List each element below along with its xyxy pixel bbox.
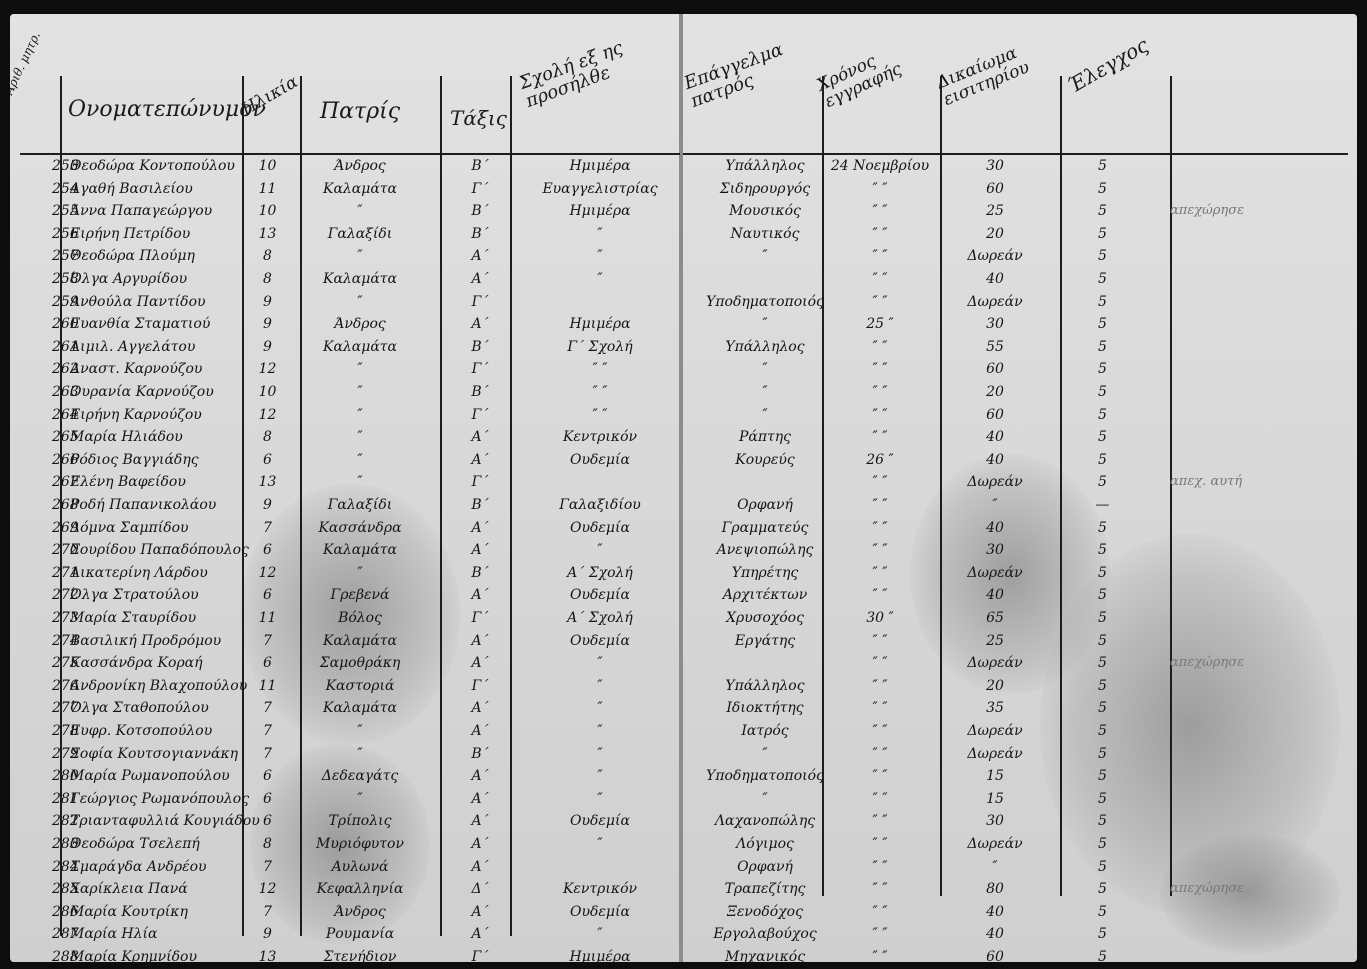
origin: Στενήδιον xyxy=(300,949,420,962)
class: Α΄ xyxy=(450,429,510,445)
previous-school: ″ xyxy=(510,723,690,739)
header-rule xyxy=(20,153,680,155)
origin: Καστοριά xyxy=(300,678,420,694)
margin-note: απεχ. αυτή xyxy=(1170,474,1340,489)
father-occupation: ″ xyxy=(690,316,840,332)
payment: 5 xyxy=(1075,271,1130,287)
table-row: 280Μαρία Ρωμανοπούλου6ΔεδεαγάτςΑ΄″Υποδημ… xyxy=(10,768,1357,788)
age: 11 xyxy=(245,181,290,197)
payment: 5 xyxy=(1075,678,1130,694)
header-name: Ονοματεπώνυμον xyxy=(68,98,266,121)
father-occupation: Ναυτικός xyxy=(690,226,840,242)
payment: — xyxy=(1075,497,1130,513)
student-name: Σοφία Κουτσογιαννάκη xyxy=(70,746,270,762)
enrollment-date: ″ ″ xyxy=(825,248,935,264)
student-name: Θεοδώρα Πλούμη xyxy=(70,248,270,264)
tuition-fee: 55 xyxy=(945,339,1045,355)
class: Α΄ xyxy=(450,700,510,716)
age: 7 xyxy=(245,700,290,716)
enrollment-date: ″ ″ xyxy=(825,429,935,445)
enrollment-date: ″ ″ xyxy=(825,813,935,829)
student-name: Μαρία Κουτρίκη xyxy=(70,904,270,920)
payment: 5 xyxy=(1075,542,1130,558)
enrollment-date: ″ ″ xyxy=(825,791,935,807)
enrollment-date: 26 ″ xyxy=(825,452,935,468)
header-rule xyxy=(683,153,1348,155)
payment: 5 xyxy=(1075,226,1130,242)
class: Α΄ xyxy=(450,859,510,875)
origin: Άνδρος xyxy=(300,316,420,332)
student-name: Χαρίκλεια Πανά xyxy=(70,881,270,897)
father-occupation: Αρχιτέκτων xyxy=(690,587,840,603)
father-occupation: Εργάτης xyxy=(690,633,840,649)
origin: Δεδεαγάτς xyxy=(300,768,420,784)
margin-note: απεχώρησε xyxy=(1170,203,1340,218)
class: Α΄ xyxy=(450,316,510,332)
tuition-fee: Δωρεάν xyxy=(945,723,1045,739)
student-name: Σμαράγδα Ανδρέου xyxy=(70,859,270,875)
class: Β΄ xyxy=(450,746,510,762)
father-occupation: ″ xyxy=(690,248,840,264)
payment: 5 xyxy=(1075,248,1130,264)
student-name: Ροδή Παπανικολάου xyxy=(70,497,270,513)
payment: 5 xyxy=(1075,361,1130,377)
age: 11 xyxy=(245,610,290,626)
margin-note: απεχώρησε xyxy=(1170,881,1340,896)
enrollment-date: ″ ″ xyxy=(825,203,935,219)
table-row: 281Γεώργιος Ρωμανόπουλος6″Α΄″″″ ″155 xyxy=(10,791,1357,811)
tuition-fee: 20 xyxy=(945,226,1045,242)
previous-school: ″ ″ xyxy=(510,407,690,423)
age: 6 xyxy=(245,813,290,829)
age: 6 xyxy=(245,791,290,807)
payment: 5 xyxy=(1075,904,1130,920)
tuition-fee: 30 xyxy=(945,316,1045,332)
student-name: Βασιλική Προδρόμου xyxy=(70,633,270,649)
previous-school: Α΄ Σχολή xyxy=(510,565,690,581)
student-name: Μαρία Κρημνίδου xyxy=(70,949,270,962)
tuition-fee: Δωρεάν xyxy=(945,248,1045,264)
payment: 5 xyxy=(1075,926,1130,942)
father-occupation: Σιδηρουργός xyxy=(690,181,840,197)
previous-school: ″ xyxy=(510,768,690,784)
origin: Σαμοθράκη xyxy=(300,655,420,671)
table-row: 269Δόμνα Σαμπίδου7ΚασσάνδραΑ΄ΟυδεμίαΓραμ… xyxy=(10,520,1357,540)
table-row: 267Ελένη Βαφείδου13″Γ΄″ ″Δωρεάν5απεχ. αυ… xyxy=(10,474,1357,494)
age: 6 xyxy=(245,655,290,671)
class: Α΄ xyxy=(450,542,510,558)
previous-school: Ημιμέρα xyxy=(510,203,690,219)
class: Β΄ xyxy=(450,226,510,242)
tuition-fee: ″ xyxy=(945,497,1045,513)
payment: 5 xyxy=(1075,859,1130,875)
enrollment-date: ″ ″ xyxy=(825,271,935,287)
table-row: 274Βασιλική Προδρόμου7ΚαλαμάταΑ΄ΟυδεμίαΕ… xyxy=(10,633,1357,653)
table-row: 279Σοφία Κουτσογιαννάκη7″Β΄″″″ ″Δωρεάν5 xyxy=(10,746,1357,766)
enrollment-date: ″ ″ xyxy=(825,633,935,649)
student-name: Αναστ. Καρνούζου xyxy=(70,361,270,377)
student-name: Όλγα Αργυρίδου xyxy=(70,271,270,287)
age: 7 xyxy=(245,904,290,920)
origin: ″ xyxy=(300,474,420,490)
tuition-fee: Δωρεάν xyxy=(945,746,1045,762)
previous-school: Γαλαξιδίου xyxy=(510,497,690,513)
student-name: Αικατερίνη Λάρδου xyxy=(70,565,270,581)
origin: ″ xyxy=(300,248,420,264)
student-name: Ουρανία Καρνούζου xyxy=(70,384,270,400)
tuition-fee: 30 xyxy=(945,542,1045,558)
father-occupation: Ορφανή xyxy=(690,497,840,513)
table-row: 285Χαρίκλεια Πανά12ΚεφαλληνίαΔ΄Κεντρικόν… xyxy=(10,881,1357,901)
enrollment-date: ″ ″ xyxy=(825,859,935,875)
class: Α΄ xyxy=(450,248,510,264)
student-name: Ανθούλα Παντίδου xyxy=(70,294,270,310)
tuition-fee: 15 xyxy=(945,768,1045,784)
father-occupation: Γραμματεύς xyxy=(690,520,840,536)
previous-school: ″ xyxy=(510,746,690,762)
table-row: 259Ανθούλα Παντίδου9″Γ΄Υποδηματοποιός″ ″… xyxy=(10,294,1357,314)
tuition-fee: 40 xyxy=(945,429,1045,445)
class: Β΄ xyxy=(450,203,510,219)
payment: 5 xyxy=(1075,836,1130,852)
origin: Γρεβενά xyxy=(300,587,420,603)
student-name: Σουρίδου Παπαδόπουλος xyxy=(70,542,270,558)
origin: ″ xyxy=(300,407,420,423)
father-occupation: Υποδηματοποιός xyxy=(690,294,840,310)
student-name: Θεοδώρα Τσελεπή xyxy=(70,836,270,852)
payment: 5 xyxy=(1075,181,1130,197)
table-row: 268Ροδή Παπανικολάου9ΓαλαξίδιΒ΄Γαλαξιδίο… xyxy=(10,497,1357,517)
age: 13 xyxy=(245,949,290,962)
class: Α΄ xyxy=(450,768,510,784)
table-row: 277Όλγα Σταθοπούλου7ΚαλαμάταΑ΄″Ιδιοκτήτη… xyxy=(10,700,1357,720)
enrollment-date: ″ ″ xyxy=(825,881,935,897)
tuition-fee: 30 xyxy=(945,158,1045,174)
father-occupation: Εργολαβούχος xyxy=(690,926,840,942)
previous-school: ″ xyxy=(510,226,690,242)
origin: ″ xyxy=(300,791,420,807)
origin: Καλαμάτα xyxy=(300,700,420,716)
table-row: 265Μαρία Ηλιάδου8″Α΄ΚεντρικόνΡάπτης″ ″40… xyxy=(10,429,1357,449)
tuition-fee: Δωρεάν xyxy=(945,836,1045,852)
payment: 5 xyxy=(1075,813,1130,829)
student-name: Κασσάνδρα Κοραή xyxy=(70,655,270,671)
class: Γ΄ xyxy=(450,949,510,962)
previous-school: Ουδεμία xyxy=(510,452,690,468)
age: 9 xyxy=(245,926,290,942)
class: Γ΄ xyxy=(450,610,510,626)
tuition-fee: 40 xyxy=(945,271,1045,287)
student-name: Γεώργιος Ρωμανόπουλος xyxy=(70,791,270,807)
father-occupation: Υπάλληλος xyxy=(690,339,840,355)
previous-school: Ημιμέρα xyxy=(510,949,690,962)
tuition-fee: 60 xyxy=(945,181,1045,197)
previous-school: ″ xyxy=(510,542,690,558)
father-occupation: ″ xyxy=(690,791,840,807)
father-occupation: Μουσικός xyxy=(690,203,840,219)
student-name: Ελένη Βαφείδου xyxy=(70,474,270,490)
origin: Καλαμάτα xyxy=(300,271,420,287)
age: 8 xyxy=(245,248,290,264)
table-row: 283Θεοδώρα Τσελεπή8ΜυριόφυτονΑ΄″Λόγιμος″… xyxy=(10,836,1357,856)
student-name: Θεοδώρα Κοντοπούλου xyxy=(70,158,270,174)
student-name: Μαρία Ρωμανοπούλου xyxy=(70,768,270,784)
father-occupation: Υπάλληλος xyxy=(690,158,840,174)
student-name: Ειρήνη Καρνούζου xyxy=(70,407,270,423)
age: 7 xyxy=(245,746,290,762)
origin: Κασσάνδρα xyxy=(300,520,420,536)
student-name: Όλγα Σταθοπούλου xyxy=(70,700,270,716)
enrollment-date: ″ ″ xyxy=(825,407,935,423)
origin: Γαλαξίδι xyxy=(300,497,420,513)
table-row: 254Αγαθή Βασιλείου11ΚαλαμάταΓ΄Ευαγγελιστ… xyxy=(10,181,1357,201)
age: 13 xyxy=(245,226,290,242)
student-name: Άννα Παπαγεώργου xyxy=(70,203,270,219)
student-name: Όλγα Στρατούλου xyxy=(70,587,270,603)
table-row: 276Ανδρονίκη Βλαχοπούλου11ΚαστοριάΓ΄″Υπά… xyxy=(10,678,1357,698)
origin: ″ xyxy=(300,565,420,581)
enrollment-date: ″ ″ xyxy=(825,746,935,762)
payment: 5 xyxy=(1075,520,1130,536)
previous-school: ″ xyxy=(510,271,690,287)
enrollment-date: ″ ″ xyxy=(825,384,935,400)
father-occupation: Ξενοδόχος xyxy=(690,904,840,920)
origin: Τρίπολις xyxy=(300,813,420,829)
previous-school: ″ xyxy=(510,836,690,852)
origin: Αυλωνά xyxy=(300,859,420,875)
tuition-fee: 60 xyxy=(945,407,1045,423)
origin: Κεφαλληνία xyxy=(300,881,420,897)
origin: ″ xyxy=(300,384,420,400)
previous-school: Κεντρικόν xyxy=(510,429,690,445)
payment: 5 xyxy=(1075,587,1130,603)
enrollment-date: ″ ″ xyxy=(825,339,935,355)
student-name: Ρόδιος Βαγγιάδης xyxy=(70,452,270,468)
payment: 5 xyxy=(1075,158,1130,174)
previous-school: Ουδεμία xyxy=(510,904,690,920)
age: 12 xyxy=(245,881,290,897)
class: Γ΄ xyxy=(450,181,510,197)
tuition-fee: 40 xyxy=(945,587,1045,603)
payment: 5 xyxy=(1075,633,1130,649)
father-occupation: Λαχανοπώλης xyxy=(690,813,840,829)
class: Α΄ xyxy=(450,813,510,829)
student-name: Ευφρ. Κοτσοπούλου xyxy=(70,723,270,739)
age: 7 xyxy=(245,633,290,649)
age: 11 xyxy=(245,678,290,694)
age: 6 xyxy=(245,542,290,558)
tuition-fee: 15 xyxy=(945,791,1045,807)
enrollment-date: ″ ″ xyxy=(825,904,935,920)
student-name: Δόμνα Σαμπίδου xyxy=(70,520,270,536)
origin: Άνδρος xyxy=(300,158,420,174)
payment: 5 xyxy=(1075,203,1130,219)
payment: 5 xyxy=(1075,700,1130,716)
origin: ″ xyxy=(300,203,420,219)
payment: 5 xyxy=(1075,407,1130,423)
tuition-fee: 25 xyxy=(945,633,1045,649)
tuition-fee: Δωρεάν xyxy=(945,474,1045,490)
class: Α΄ xyxy=(450,633,510,649)
origin: ″ xyxy=(300,294,420,310)
origin: Καλαμάτα xyxy=(300,181,420,197)
tuition-fee: Δωρεάν xyxy=(945,565,1045,581)
payment: 5 xyxy=(1075,429,1130,445)
student-name: Ευανθία Σταματιού xyxy=(70,316,270,332)
enrollment-date: ″ ″ xyxy=(825,294,935,310)
student-name: Μαρία Σταυρίδου xyxy=(70,610,270,626)
table-row: 284Σμαράγδα Ανδρέου7ΑυλωνάΑ΄Ορφανή″ ″″5 xyxy=(10,859,1357,879)
enrollment-date: ″ ″ xyxy=(825,655,935,671)
previous-school: Κεντρικόν xyxy=(510,881,690,897)
class: Α΄ xyxy=(450,452,510,468)
previous-school: ″ xyxy=(510,926,690,942)
enrollment-date: ″ ″ xyxy=(825,361,935,377)
father-occupation: Μηχανικός xyxy=(690,949,840,962)
father-occupation: Ιατρός xyxy=(690,723,840,739)
payment: 5 xyxy=(1075,452,1130,468)
previous-school: ″ ″ xyxy=(510,361,690,377)
previous-school: ″ xyxy=(510,791,690,807)
age: 10 xyxy=(245,384,290,400)
class: Α΄ xyxy=(450,904,510,920)
class: Γ΄ xyxy=(450,678,510,694)
table-row: 260Ευανθία Σταματιού9ΆνδροςΑ΄Ημιμέρα″25 … xyxy=(10,316,1357,336)
student-name: Αγαθή Βασιλείου xyxy=(70,181,270,197)
tuition-fee: 40 xyxy=(945,926,1045,942)
age: 7 xyxy=(245,520,290,536)
payment: 5 xyxy=(1075,294,1130,310)
enrollment-date: ″ ″ xyxy=(825,474,935,490)
class: Α΄ xyxy=(450,723,510,739)
tuition-fee: Δωρεάν xyxy=(945,655,1045,671)
class: Γ΄ xyxy=(450,361,510,377)
father-occupation: Κουρεύς xyxy=(690,452,840,468)
tuition-fee: ″ xyxy=(945,859,1045,875)
tuition-fee: 40 xyxy=(945,452,1045,468)
table-row: 255Άννα Παπαγεώργου10″Β΄ΗμιμέραΜουσικός″… xyxy=(10,203,1357,223)
table-row: 272Όλγα Στρατούλου6ΓρεβενάΑ΄ΟυδεμίαΑρχιτ… xyxy=(10,587,1357,607)
origin: Καλαμάτα xyxy=(300,633,420,649)
enrollment-date: ″ ″ xyxy=(825,226,935,242)
enrollment-date: 30 ″ xyxy=(825,610,935,626)
table-row: 261Αιμιλ. Αγγελάτου9ΚαλαμάταΒ΄Γ΄ ΣχολήΥπ… xyxy=(10,339,1357,359)
tuition-fee: 65 xyxy=(945,610,1045,626)
class: Γ΄ xyxy=(450,407,510,423)
payment: 5 xyxy=(1075,791,1130,807)
payment: 5 xyxy=(1075,723,1130,739)
previous-school: Ουδεμία xyxy=(510,633,690,649)
class: Α΄ xyxy=(450,520,510,536)
class: Α΄ xyxy=(450,655,510,671)
header-class: Τάξις xyxy=(450,108,507,129)
header-origin: Πατρίς xyxy=(320,100,400,123)
origin: ″ xyxy=(300,429,420,445)
previous-school: Ημιμέρα xyxy=(510,158,690,174)
table-row: 258Όλγα Αργυρίδου8ΚαλαμάταΑ΄″″ ″405 xyxy=(10,271,1357,291)
enrollment-date: ″ ″ xyxy=(825,700,935,716)
student-name: Αιμιλ. Αγγελάτου xyxy=(70,339,270,355)
origin: Άνδρος xyxy=(300,904,420,920)
origin: Καλαμάτα xyxy=(300,339,420,355)
origin: Ρουμανία xyxy=(300,926,420,942)
table-row: 278Ευφρ. Κοτσοπούλου7″Α΄″Ιατρός″ ″Δωρεάν… xyxy=(10,723,1357,743)
class: Β΄ xyxy=(450,158,510,174)
table-row: 264Ειρήνη Καρνούζου12″Γ΄″ ″″″ ″605 xyxy=(10,407,1357,427)
class: Γ΄ xyxy=(450,474,510,490)
tuition-fee: 80 xyxy=(945,881,1045,897)
payment: 5 xyxy=(1075,339,1130,355)
enrollment-date: ″ ″ xyxy=(825,542,935,558)
age: 8 xyxy=(245,429,290,445)
class: Β΄ xyxy=(450,497,510,513)
payment: 5 xyxy=(1075,474,1130,490)
student-name: Μαρία Ηλία xyxy=(70,926,270,942)
table-row: 263Ουρανία Καρνούζου10″Β΄″ ″″″ ″205 xyxy=(10,384,1357,404)
father-occupation: Υπηρέτης xyxy=(690,565,840,581)
previous-school: ″ xyxy=(510,678,690,694)
tuition-fee: 30 xyxy=(945,813,1045,829)
class: Α΄ xyxy=(450,926,510,942)
payment: 5 xyxy=(1075,610,1130,626)
payment: 5 xyxy=(1075,768,1130,784)
enrollment-date: ″ ″ xyxy=(825,678,935,694)
age: 13 xyxy=(245,474,290,490)
class: Α΄ xyxy=(450,271,510,287)
enrollment-date: ″ ″ xyxy=(825,497,935,513)
previous-school: Ευαγγελιστρίας xyxy=(510,181,690,197)
table-row: 266Ρόδιος Βαγγιάδης6″Α΄ΟυδεμίαΚουρεύς26 … xyxy=(10,452,1357,472)
enrollment-date: ″ ″ xyxy=(825,565,935,581)
table-row: 253Θεοδώρα Κοντοπούλου10ΆνδροςΒ΄ΗμιμέραΥ… xyxy=(10,158,1357,178)
class: Α΄ xyxy=(450,791,510,807)
enrollment-date: ″ ″ xyxy=(825,587,935,603)
age: 8 xyxy=(245,271,290,287)
previous-school: Ουδεμία xyxy=(510,813,690,829)
enrollment-date: ″ ″ xyxy=(825,181,935,197)
previous-school: Ημιμέρα xyxy=(510,316,690,332)
father-occupation: Ιδιοκτήτης xyxy=(690,700,840,716)
origin: Μυριόφυτον xyxy=(300,836,420,852)
payment: 5 xyxy=(1075,949,1130,962)
age: 9 xyxy=(245,316,290,332)
table-row: 271Αικατερίνη Λάρδου12″Β΄Α΄ ΣχολήΥπηρέτη… xyxy=(10,565,1357,585)
origin: ″ xyxy=(300,746,420,762)
student-name: Ανδρονίκη Βλαχοπούλου xyxy=(70,678,270,694)
father-occupation: ″ xyxy=(690,746,840,762)
class: Β΄ xyxy=(450,565,510,581)
father-occupation: Χρυσοχόος xyxy=(690,610,840,626)
age: 12 xyxy=(245,361,290,377)
table-row: 282Τριανταφυλλιά Κουγιάδου6ΤρίπολιςΑ΄Ουδ… xyxy=(10,813,1357,833)
student-name: Τριανταφυλλιά Κουγιάδου xyxy=(70,813,270,829)
tuition-fee: 40 xyxy=(945,904,1045,920)
margin-note: απεχώρησε xyxy=(1170,655,1340,670)
table-row: 288Μαρία Κρημνίδου13ΣτενήδιονΓ΄ΗμιμέραΜη… xyxy=(10,949,1357,962)
enrollment-date: 24 Νοεμβρίου xyxy=(825,158,935,174)
age: 12 xyxy=(245,407,290,423)
father-occupation: Υποδηματοποιός xyxy=(690,768,840,784)
previous-school: ″ xyxy=(510,655,690,671)
age: 9 xyxy=(245,294,290,310)
previous-school: ″ xyxy=(510,700,690,716)
age: 6 xyxy=(245,587,290,603)
table-row: 286Μαρία Κουτρίκη7ΆνδροςΑ΄ΟυδεμίαΞενοδόχ… xyxy=(10,904,1357,924)
enrollment-date: ″ ″ xyxy=(825,520,935,536)
age: 7 xyxy=(245,723,290,739)
age: 9 xyxy=(245,497,290,513)
previous-school: ″ xyxy=(510,248,690,264)
